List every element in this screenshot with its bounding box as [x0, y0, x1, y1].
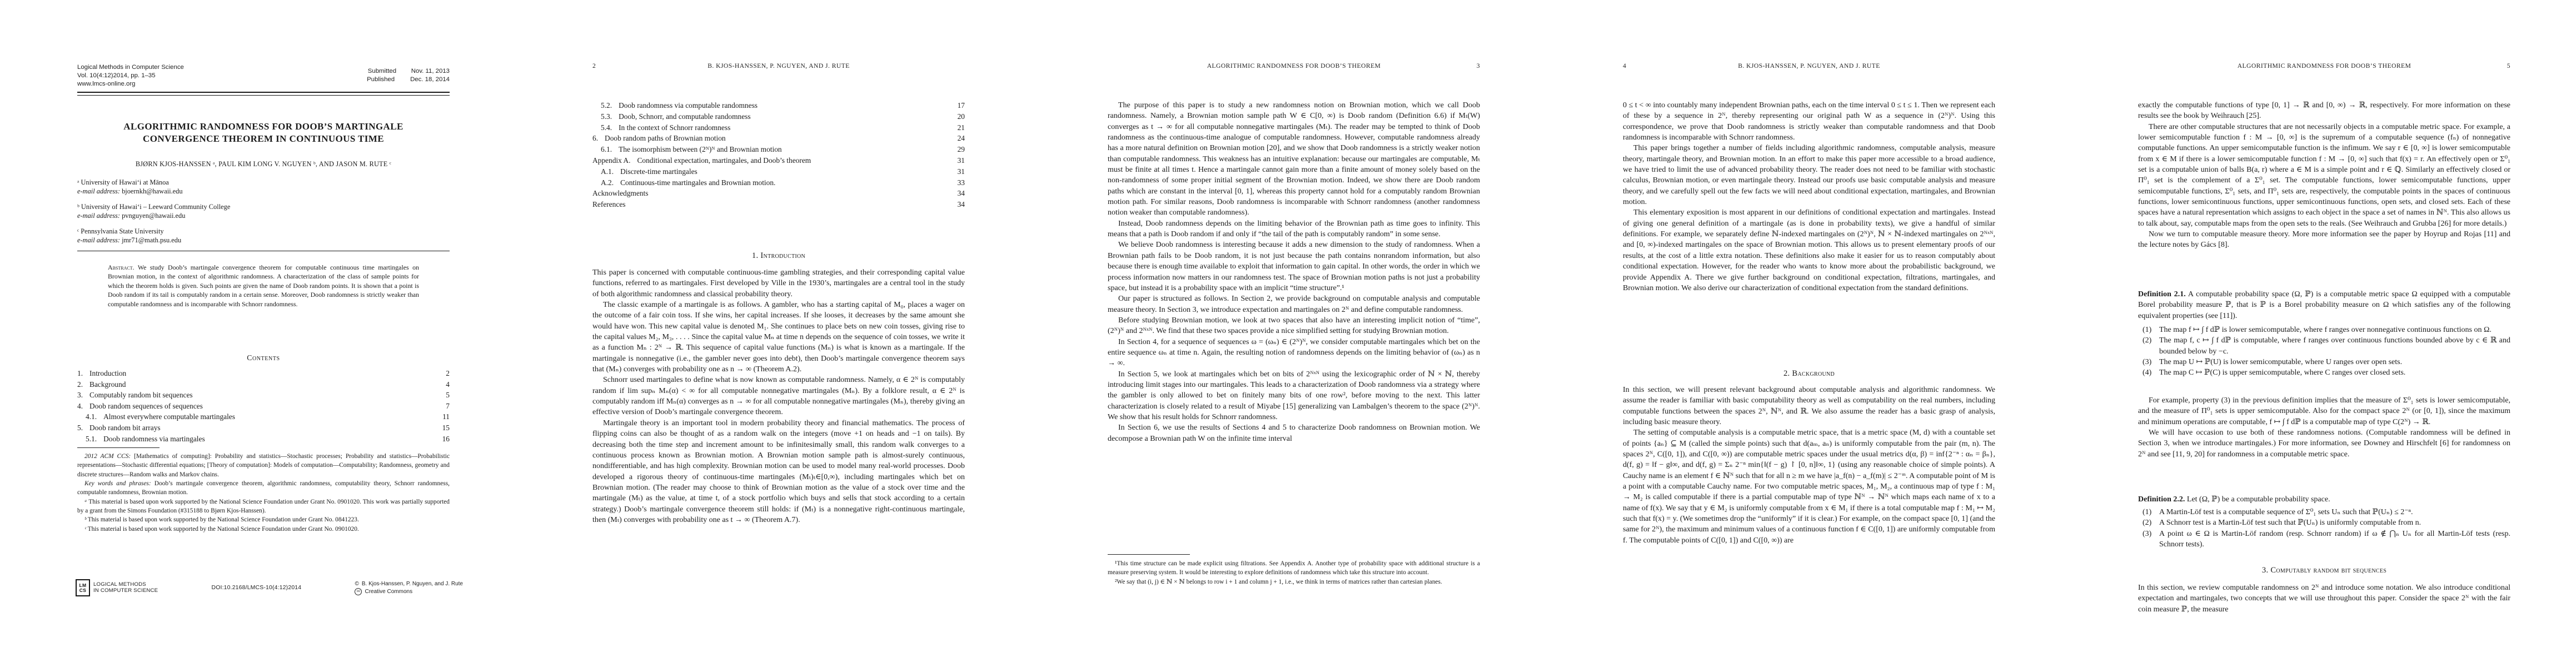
page-number: 4 — [1623, 62, 1626, 69]
toc-entry-number: A.1. — [601, 166, 614, 177]
paragraph: Our paper is structured as follows. In S… — [1108, 293, 1480, 315]
list-item: (3) A point ω ∈ Ω is Martin-Löf random (… — [2138, 529, 2510, 550]
paragraph: This paper is concerned with computable … — [592, 267, 965, 300]
toc-entry-number: 6.1. — [601, 144, 612, 155]
page-3: ALGORITHMIC RANDOMNESS FOR DOOB’S THEORE… — [1030, 0, 1546, 667]
footnote: ᶜ This material is based upon work suppo… — [77, 525, 450, 534]
footnote-rule — [1108, 554, 1190, 555]
definition-label: Definition 2.2. — [2138, 495, 2185, 504]
list-item: (2) A Schnorr test is a Martin-Löf test … — [2138, 517, 2510, 528]
toc-entry-number: 6. — [592, 133, 598, 144]
list-item: (3) The map U ↦ ℙ(U) is lower semicomput… — [2138, 357, 2510, 367]
section-heading-computably-random: 3. Computably random bit sequences — [2138, 566, 2510, 575]
toc-entry-number: Appendix A. — [592, 155, 630, 166]
toc-entry-label: The isomorphism between (2ᴺ)ᴺ and Browni… — [619, 144, 782, 155]
toc-entry-label: Conditional expectation, martingales, an… — [637, 155, 811, 166]
running-head-authors: B. KJOS-HANSSEN, P. NGUYEN, AND J. RUTE — [1623, 62, 1995, 69]
toc-entry-number: 5.3. — [601, 111, 612, 122]
list-item-marker: (4) — [2138, 367, 2159, 378]
running-head: ALGORITHMIC RANDOMNESS FOR DOOB’S THEORE… — [1108, 62, 1480, 69]
introduction-text-continued: The purpose of this paper is to study a … — [1108, 100, 1480, 444]
license-line: Creative Commons — [365, 588, 412, 596]
toc-entry-page: 33 — [958, 177, 965, 188]
paper-spread: Logical Methods in Computer Science Vol.… — [0, 0, 2576, 667]
toc-entry-page: 7 — [446, 401, 450, 412]
running-head: 4 B. KJOS-HANSSEN, P. NGUYEN, AND J. RUT… — [1623, 62, 1995, 69]
toc-entry: 3. Computably random bit sequences 5 — [77, 390, 450, 401]
paragraph: 0 ≤ t < ∞ into countably many independen… — [1623, 100, 1995, 143]
toc-entry-label: Doob random sequences of sequences — [89, 401, 203, 412]
toc-entry-label: Introduction — [89, 368, 126, 379]
definition-2-2-list: (1) A Martin-Löf test is a computable se… — [2138, 507, 2510, 550]
footnote: Key words and phrases: Doob’s martingale… — [77, 479, 450, 497]
paragraph: This paper brings together a number of f… — [1623, 143, 1995, 207]
definition-text: A computable probability space (Ω, ℙ) is… — [2138, 290, 2510, 320]
toc-entry-page: 31 — [958, 166, 965, 177]
toc-entry-page: 21 — [958, 122, 965, 133]
running-head-title: ALGORITHMIC RANDOMNESS FOR DOOB’S THEORE… — [2138, 62, 2510, 69]
affiliation-email-line: e-mail address: pvnguyen@hawaii.edu — [77, 212, 450, 221]
page-4: 4 B. KJOS-HANSSEN, P. NGUYEN, AND J. RUT… — [1546, 0, 2061, 667]
paragraph: This elementary exposition is most appar… — [1623, 207, 1995, 293]
section-heading-background: 2. Background — [1623, 369, 1995, 379]
footnote-lead: ᶜ — [84, 526, 86, 532]
page-5: ALGORITHMIC RANDOMNESS FOR DOOB’S THEORE… — [2061, 0, 2576, 667]
paragraph: We believe Doob randomness is interestin… — [1108, 240, 1480, 293]
creative-commons-icon: cc — [355, 588, 362, 595]
footnote: ᵃ This material is based upon work suppo… — [77, 497, 450, 516]
toc-entry: 5.3. Doob, Schnorr, and computable rando… — [592, 111, 965, 122]
list-item: (1) The map f ↦ ∫ f dℙ is lower semicomp… — [2138, 325, 2510, 335]
definition-label: Definition 2.1. — [2138, 290, 2186, 298]
paragraph: Now we turn to computable measure theory… — [2138, 229, 2510, 251]
page-1: Logical Methods in Computer Science Vol.… — [0, 0, 515, 667]
toc-entry: 5.2. Doob randomness via computable rand… — [592, 100, 965, 111]
toc-entry-label: References — [592, 199, 625, 210]
contents-heading: Contents — [77, 354, 450, 362]
toc-entry: 5.1. Doob randomness via martingales 16 — [77, 434, 450, 445]
toc-entry-label: In the context of Schnorr randomness — [619, 122, 730, 133]
paper-title: ALGORITHMIC RANDOMNESS FOR DOOB’S MARTIN… — [77, 121, 450, 145]
paragraph: In Section 5, we look at martingales whi… — [1108, 369, 1480, 423]
doi-text: DOI:10.2168/LMCS-10(4:12)2014 — [158, 585, 355, 591]
toc-entry-number: 5.2. — [601, 100, 612, 111]
running-head-authors: B. KJOS-HANSSEN, P. NGUYEN, AND J. RUTE — [592, 62, 965, 69]
toc-entry-label: Almost everywhere computable martingales — [103, 411, 235, 422]
paragraph: Before studying Brownian motion, we look… — [1108, 315, 1480, 337]
affiliation-email-line: e-mail address: jmr71@math.psu.edu — [77, 236, 450, 245]
toc-entry-number: 5.1. — [86, 434, 97, 445]
toc-entry-label: Computably random bit sequences — [89, 390, 193, 401]
footnote-lead: ᵇ — [84, 516, 86, 523]
submitted-label: Submitted — [368, 67, 402, 76]
list-item-text: The map f, c ↦ ∫ f dℙ is computable, whe… — [2159, 335, 2510, 357]
footnote-block: 2012 ACM CCS: [Mathematics of computing]… — [77, 452, 450, 534]
list-item-text: The map C ↦ ℙ(C) is upper semicomputable… — [2159, 367, 2510, 378]
rights-block: © B. Kjos-Hanssen, P. Nguyen, and J. Rut… — [355, 580, 463, 596]
paragraph: The purpose of this paper is to study a … — [1108, 100, 1480, 218]
toc-entry-page: 2 — [446, 368, 450, 379]
toc-entry-label: Discrete-time martingales — [620, 166, 697, 177]
journal-footer: LM CS LOGICAL METHODS IN COMPUTER SCIENC… — [76, 579, 463, 596]
background-text-middle: For example, property (3) in the previou… — [2138, 395, 2510, 460]
list-item-text: A point ω ∈ Ω is Martin-Löf random (resp… — [2159, 529, 2510, 550]
section-heading-introduction: 1. Introduction — [592, 251, 965, 261]
paragraph: We will have occasion to use both of the… — [2138, 427, 2510, 460]
toc-entry-number: 4.1. — [86, 411, 97, 422]
running-head-title: ALGORITHMIC RANDOMNESS FOR DOOB’S THEORE… — [1108, 62, 1480, 69]
paragraph: Instead, Doob randomness depends on the … — [1108, 218, 1480, 240]
list-item: (4) The map C ↦ ℙ(C) is upper semicomput… — [2138, 367, 2510, 378]
paragraph: The classic example of a martingale is a… — [592, 300, 965, 375]
background-text-continued: exactly the computable functions of type… — [2138, 100, 2510, 251]
paragraph: exactly the computable functions of type… — [2138, 100, 2510, 122]
affiliation: ᶜ Pennsylvania State University e-mail a… — [77, 227, 450, 245]
journal-url: www.lmcs-online.org — [77, 80, 184, 88]
toc-entry: 4. Doob random sequences of sequences 7 — [77, 401, 450, 412]
section-3-text: In this section, we review computable ra… — [2138, 583, 2510, 615]
toc-entry-page: 15 — [442, 422, 450, 434]
toc-entry-label: Acknowledgments — [592, 188, 648, 199]
toc-entry-number: 1. — [77, 368, 83, 379]
footnote-lead: ᵃ — [84, 499, 87, 505]
email-address: jmr71@math.psu.edu — [122, 236, 181, 244]
paragraph: For example, property (3) in the previou… — [2138, 395, 2510, 427]
toc-entry-label: Continuous-time martingales and Brownian… — [620, 177, 775, 188]
toc-entry-page: 5 — [446, 390, 450, 401]
email-address: pvnguyen@hawaii.edu — [122, 212, 185, 220]
email-address: bjoernkh@hawaii.edu — [122, 187, 182, 195]
footnote: 2012 ACM CCS: [Mathematics of computing]… — [77, 452, 450, 479]
submission-dates: Submitted Nov. 11, 2013 Published Dec. 1… — [367, 67, 450, 84]
toc-entry-label: Doob random bit arrays — [89, 422, 161, 434]
toc-entry: A.1. Discrete-time martingales 31 — [592, 166, 965, 177]
affiliation-org: ᵃ University of Hawai‘i at Mānoa — [77, 178, 450, 187]
table-of-contents-continued: 5.2. Doob randomness via computable rand… — [592, 100, 965, 210]
toc-entry: 5. Doob random bit arrays 15 — [77, 422, 450, 434]
affiliation: ᵃ University of Hawai‘i at Mānoa e-mail … — [77, 178, 450, 196]
toc-entry-number: 5. — [77, 422, 83, 434]
footnote: ²We say that (i, j) ∈ ℕ × ℕ belongs to r… — [1108, 578, 1480, 586]
toc-entry-number: 3. — [77, 390, 83, 401]
definition-2-2: Definition 2.2. Let (Ω, ℙ) be a computab… — [2138, 494, 2510, 505]
toc-entry: Acknowledgments 34 — [592, 188, 965, 199]
list-item-marker: (1) — [2138, 325, 2159, 335]
page-2: 2 B. KJOS-HANSSEN, P. NGUYEN, AND J. RUT… — [515, 0, 1030, 667]
journal-name: Logical Methods in Computer Science — [77, 63, 184, 72]
toc-entry-label: Doob, Schnorr, and computable randomness — [619, 111, 750, 122]
toc-entry-page: 34 — [958, 188, 965, 199]
list-item-text: A Martin-Löf test is a computable sequen… — [2159, 507, 2510, 517]
lmcs-logo-icon: LM CS — [76, 579, 90, 596]
masthead-rule — [77, 92, 450, 96]
toc-entry-label: Background — [89, 379, 126, 390]
introduction-text-continued: 0 ≤ t < ∞ into countably many independen… — [1623, 100, 1995, 293]
paragraph: In this section, we review computable ra… — [2138, 583, 2510, 615]
page-number: 5 — [2507, 62, 2510, 69]
toc-entry-page: 34 — [958, 199, 965, 210]
paragraph: Martingale theory is an important tool i… — [592, 418, 965, 525]
footnote-text: This material is based upon work support… — [88, 526, 359, 532]
abstract-text: We study Doob’s martingale convergence t… — [108, 263, 419, 308]
toc-entry: 2. Background 4 — [77, 379, 450, 390]
toc-entry-page: 20 — [958, 111, 965, 122]
paragraph: In this section, we will present relevan… — [1623, 385, 1995, 427]
toc-entry: References 34 — [592, 199, 965, 210]
affiliation: ᵇ University of Hawai‘i – Leeward Commun… — [77, 203, 450, 220]
toc-entry-number: 5.4. — [601, 122, 612, 133]
list-item: (2) The map f, c ↦ ∫ f dℙ is computable,… — [2138, 335, 2510, 357]
toc-entry-number: A.2. — [601, 177, 614, 188]
affiliation-email-line: e-mail address: bjoernkh@hawaii.edu — [77, 187, 450, 196]
email-label: e-mail address: — [77, 236, 120, 244]
definition-text: Let (Ω, ℙ) be a computable probability s… — [2187, 495, 2330, 504]
journal-masthead: Logical Methods in Computer Science Vol.… — [77, 63, 184, 88]
list-item-text: A Schnorr test is a Martin-Löf test such… — [2159, 517, 2510, 528]
list-item-marker: (2) — [2138, 517, 2159, 528]
running-head: 2 B. KJOS-HANSSEN, P. NGUYEN, AND J. RUT… — [592, 62, 965, 69]
copyright-line: B. Kjos-Hanssen, P. Nguyen, and J. Rute — [362, 580, 463, 588]
paragraph: Schnorr used martingales to define what … — [592, 375, 965, 417]
authors-line: BJØRN KJOS-HANSSEN ᵃ, PAUL KIM LONG V. N… — [77, 160, 450, 168]
footnote-lead: Key words and phrases: — [84, 480, 151, 487]
footnote-text: [Mathematics of computing]: Probability … — [77, 453, 450, 478]
footnote: ¹This time structure can be made explici… — [1108, 559, 1480, 578]
paragraph: In Section 6, we use the results of Sect… — [1108, 422, 1480, 444]
list-item-text: The map U ↦ ℙ(U) is lower semicomputable… — [2159, 357, 2510, 367]
list-item-marker: (3) — [2138, 529, 2159, 550]
toc-entry-page: 16 — [442, 434, 450, 445]
introduction-text: This paper is concerned with computable … — [592, 267, 965, 525]
toc-entry-page: 24 — [958, 133, 965, 144]
journal-volume: Vol. 10(4:12)2014, pp. 1–35 — [77, 72, 184, 80]
footnote: ᵇ This material is based upon work suppo… — [77, 515, 450, 524]
toc-entry: A.2. Continuous-time martingales and Bro… — [592, 177, 965, 188]
running-head: ALGORITHMIC RANDOMNESS FOR DOOB’S THEORE… — [2138, 62, 2510, 69]
list-item-marker: (1) — [2138, 507, 2159, 517]
abstract: Abstract. We study Doob’s martingale con… — [108, 263, 419, 308]
page-number: 3 — [1477, 62, 1480, 69]
affiliations: ᵃ University of Hawai‘i at Mānoa e-mail … — [77, 178, 450, 252]
definition-2-1: Definition 2.1. A computable probability… — [2138, 289, 2510, 321]
toc-entry-page: 11 — [442, 411, 450, 422]
table-of-contents: 1. Introduction 2 2. Background 4 3. Com… — [77, 368, 450, 444]
toc-entry-number: 4. — [77, 401, 83, 412]
abstract-heading: Abstract. — [108, 263, 134, 271]
footnote-rule — [77, 447, 160, 448]
paragraph: There are other computable structures th… — [2138, 122, 2510, 229]
toc-entry-page: 29 — [958, 144, 965, 155]
list-item-marker: (3) — [2138, 357, 2159, 367]
definition-2-1-list: (1) The map f ↦ ∫ f dℙ is lower semicomp… — [2138, 325, 2510, 379]
paragraph: In Section 4, for a sequence of sequence… — [1108, 337, 1480, 369]
toc-entry-label: Doob randomness via martingales — [103, 434, 205, 445]
footnote-text: This material is based upon work support… — [88, 516, 359, 523]
email-label: e-mail address: — [77, 187, 120, 195]
toc-entry: 1. Introduction 2 — [77, 368, 450, 379]
list-item-marker: (2) — [2138, 335, 2159, 357]
affiliation-org: ᵇ University of Hawai‘i – Leeward Commun… — [77, 203, 450, 212]
journal-brand-name: LOGICAL METHODS IN COMPUTER SCIENCE — [93, 582, 158, 594]
affiliation-org: ᶜ Pennsylvania State University — [77, 227, 450, 236]
toc-entry-label: Doob randomness via computable randomnes… — [619, 100, 758, 111]
list-item: (1) A Martin-Löf test is a computable se… — [2138, 507, 2510, 517]
footnote-block: ¹This time structure can be made explici… — [1108, 559, 1480, 586]
toc-entry-page: 17 — [958, 100, 965, 111]
background-text: In this section, we will present relevan… — [1623, 385, 1995, 546]
published-date: Dec. 18, 2014 — [410, 76, 450, 84]
list-item-text: The map f ↦ ∫ f dℙ is lower semicomputab… — [2159, 325, 2510, 335]
footnote-text: This material is based upon work support… — [77, 499, 450, 514]
toc-entry: Appendix A. Conditional expectation, mar… — [592, 155, 965, 166]
toc-entry-page: 4 — [446, 379, 450, 390]
toc-entry: 5.4. In the context of Schnorr randomnes… — [592, 122, 965, 133]
toc-entry: 6.1. The isomorphism between (2ᴺ)ᴺ and B… — [592, 144, 965, 155]
toc-entry-page: 31 — [958, 155, 965, 166]
email-label: e-mail address: — [77, 212, 120, 220]
footnote-lead: 2012 ACM CCS: — [84, 453, 131, 460]
paragraph: The setting of computable analysis is a … — [1623, 427, 1995, 546]
page-number: 2 — [592, 62, 596, 69]
toc-entry-number: 2. — [77, 379, 83, 390]
title-block-rule — [77, 251, 450, 251]
submitted-date: Nov. 11, 2013 — [411, 67, 450, 76]
copyright-icon: © — [355, 580, 358, 588]
toc-entry: 6. Doob random paths of Brownian motion … — [592, 133, 965, 144]
published-label: Published — [367, 76, 401, 84]
toc-entry-label: Doob random paths of Brownian motion — [605, 133, 726, 144]
toc-entry: 4.1. Almost everywhere computable martin… — [77, 411, 450, 422]
